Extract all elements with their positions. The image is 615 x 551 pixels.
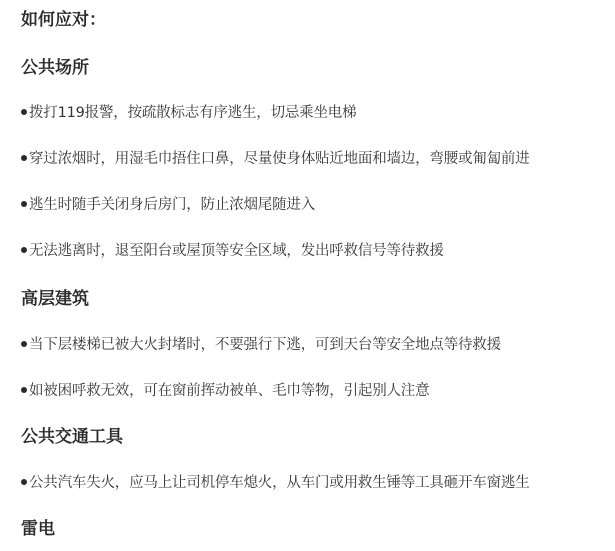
list-item: 拨打119报警，按疏散标志有序逃生，切忌乘坐电梯 <box>21 103 356 123</box>
list-item: 如被困呼救无效，可在窗前挥动被单、毛巾等物，引起别人注意 <box>21 381 429 401</box>
list-item: 逃生时随手关闭身后房门，防止浓烟尾随进入 <box>21 195 315 215</box>
bullet-icon <box>21 155 27 161</box>
section-title-high-rise: 高层建筑 <box>21 288 89 310</box>
list-item-text: 如被困呼救无效，可在窗前挥动被单、毛巾等物，引起别人注意 <box>29 383 429 399</box>
section-title-lightning: 雷电 <box>21 518 55 540</box>
bullet-icon <box>21 247 27 253</box>
bullet-icon <box>21 341 27 347</box>
list-item-text: 拨打119报警，按疏散标志有序逃生，切忌乘坐电梯 <box>29 105 356 121</box>
list-item-text: 当下层楼梯已被大火封堵时，不要强行下逃，可到天台等安全地点等待救援 <box>29 337 501 353</box>
list-item: 无法逃离时，退至阳台或屋顶等安全区域，发出呼救信号等待救援 <box>21 241 444 261</box>
list-item-text: 逃生时随手关闭身后房门，防止浓烟尾随进入 <box>29 197 315 213</box>
bullet-icon <box>21 201 27 207</box>
list-item: 当下层楼梯已被大火封堵时，不要强行下逃，可到天台等安全地点等待救援 <box>21 335 501 355</box>
section-title-public-transport: 公共交通工具 <box>21 426 123 448</box>
intro-heading: 如何应对： <box>21 9 106 31</box>
bullet-icon <box>21 479 27 485</box>
list-item-text: 公共汽车失火，应马上让司机停车熄火，从车门或用救生锤等工具砸开车窗逃生 <box>29 475 530 491</box>
list-item: 公共汽车失火，应马上让司机停车熄火，从车门或用救生锤等工具砸开车窗逃生 <box>21 473 530 493</box>
section-title-public-places: 公共场所 <box>21 57 89 79</box>
bullet-icon <box>21 109 27 115</box>
list-item: 穿过浓烟时，用湿毛巾捂住口鼻，尽量使身体贴近地面和墙边，弯腰或匍匐前进 <box>21 149 530 169</box>
bullet-icon <box>21 387 27 393</box>
list-item-text: 无法逃离时，退至阳台或屋顶等安全区域，发出呼救信号等待救援 <box>29 243 444 259</box>
list-item-text: 穿过浓烟时，用湿毛巾捂住口鼻，尽量使身体贴近地面和墙边，弯腰或匍匐前进 <box>29 151 530 167</box>
